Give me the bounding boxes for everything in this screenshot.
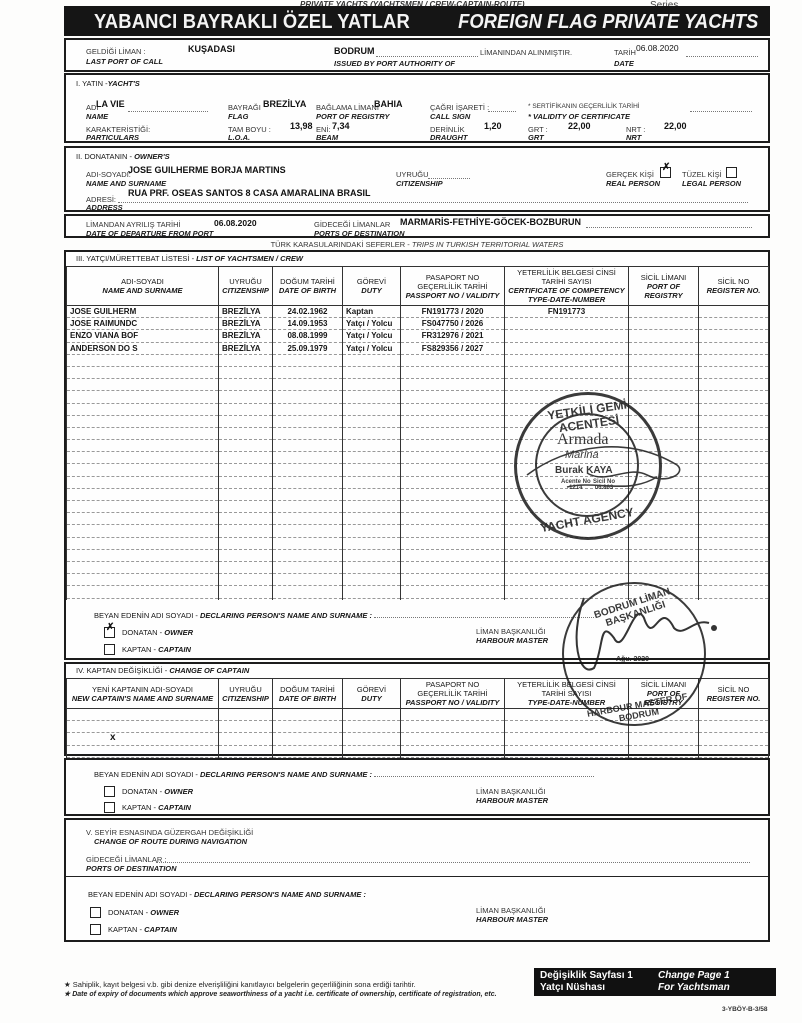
table-cell[interactable] [343,745,401,757]
table-cell[interactable] [219,745,273,757]
table-cell[interactable] [67,354,219,366]
table-cell[interactable]: BREZİLYA [219,330,273,342]
table-cell[interactable] [401,403,505,415]
table-cell[interactable] [343,537,401,549]
table-cell[interactable] [505,354,629,366]
table-cell[interactable] [343,391,401,403]
table-cell[interactable] [699,379,769,391]
table-cell[interactable] [699,440,769,452]
table-cell[interactable] [699,427,769,439]
table-cell[interactable] [67,476,219,488]
table-cell[interactable] [219,733,273,745]
table-cell[interactable] [401,476,505,488]
table-cell[interactable] [67,525,219,537]
table-cell[interactable] [401,354,505,366]
name-dots [128,103,208,112]
grt-label-en: GRT [528,133,544,142]
table-cell[interactable]: JOSE RAIMUNDC [67,318,219,330]
table-cell[interactable] [401,501,505,513]
table-cell[interactable] [67,537,219,549]
declaration-3-captain-label: KAPTAN - CAPTAIN [108,925,177,934]
table-cell[interactable] [273,586,343,598]
table-cell[interactable]: Yatçı / Yolcu [343,342,401,354]
owner-section: II. DONATANIN - OWNER'S ADI-SOYADI: JOSE… [64,146,770,212]
table-row [67,745,769,757]
table-row [67,513,769,525]
trips-caption: TÜRK KARASULARINDAKİ SEFERLER - TRIPS IN… [64,240,770,249]
footnote-english: ★ Date of expiry of documents which appr… [64,990,497,998]
table-cell[interactable] [219,549,273,561]
legal-person-label-en: LEGAL PERSON [682,179,741,188]
last-port-label-en: LAST PORT OF CALL [86,57,163,66]
citizenship-dots [428,170,470,179]
callsign-dots [488,103,516,112]
table-cell[interactable] [699,561,769,573]
table-cell[interactable] [505,379,629,391]
table-cell[interactable]: BREZİLYA [219,318,273,330]
table-cell[interactable] [343,476,401,488]
column-header: UYRUĞUCITIZENSHIP [219,267,273,306]
table-row: ANDERSON DO SBREZİLYA25.09.1979Yatçı / Y… [67,342,769,354]
harbour-master-label: LİMAN BAŞKANLIĞI [476,627,546,636]
harbour-master-label-2: LİMAN BAŞKANLIĞI [476,787,546,796]
declaration-2-owner-checkbox[interactable] [104,786,115,797]
table-cell[interactable] [67,427,219,439]
declaration-3-owner-checkbox[interactable] [90,907,101,918]
table-cell[interactable] [273,745,343,757]
table-cell[interactable]: Yatçı / Yolcu [343,318,401,330]
table-cell[interactable]: FN191773 [505,306,629,318]
table-cell[interactable] [343,586,401,598]
loa-value[interactable]: 13,98 [290,121,313,131]
table-cell[interactable] [219,586,273,598]
column-header: PASAPORT NO GEÇERLİLİK TARİHİPASSPORT NO… [401,267,505,306]
table-cell[interactable]: JOSE GUILHERM [67,306,219,318]
table-cell[interactable] [67,709,219,721]
table-cell[interactable]: FS829356 / 2027 [401,342,505,354]
nrt-value[interactable]: 22,00 [664,121,687,131]
table-cell[interactable] [629,379,699,391]
table-cell[interactable] [219,501,273,513]
table-cell[interactable] [699,709,769,721]
table-cell[interactable] [343,427,401,439]
declaration-3-captain-checkbox[interactable] [90,924,101,935]
declaring-person-label: BEYAN EDENİN ADI SOYADI - DECLARING PERS… [94,611,594,620]
table-cell[interactable] [629,342,699,354]
table-cell[interactable]: 08.08.1999 [273,330,343,342]
table-cell[interactable] [273,391,343,403]
table-cell[interactable] [629,330,699,342]
table-cell[interactable] [219,525,273,537]
table-cell[interactable] [401,745,505,757]
table-cell[interactable] [699,549,769,561]
table-cell[interactable] [401,415,505,427]
table-cell[interactable] [273,488,343,500]
destination-dots [586,221,752,228]
last-port-label: GELDİĞİ LİMAN : [86,47,146,56]
table-cell[interactable] [401,549,505,561]
citizenship-label-en: CITIZENSHIP [396,179,443,188]
table-cell[interactable] [629,745,699,757]
table-cell[interactable] [273,354,343,366]
table-cell[interactable] [343,525,401,537]
table-cell[interactable] [273,366,343,378]
table-cell[interactable] [343,379,401,391]
table-cell[interactable] [505,330,629,342]
column-header: DOĞUM TARİHİDATE OF BIRTH [273,267,343,306]
table-cell[interactable] [401,513,505,525]
table-cell[interactable] [401,440,505,452]
table-cell[interactable] [343,440,401,452]
table-cell[interactable] [401,452,505,464]
table-cell[interactable] [505,561,629,573]
flag-value[interactable]: BREZİLYA [263,99,306,109]
address-label-en: ADDRESS [86,203,123,212]
owner-name-label-en: NAME AND SURNAME [86,179,166,188]
table-cell[interactable] [67,403,219,415]
table-cell[interactable] [343,733,401,745]
table-cell[interactable] [219,561,273,573]
table-cell[interactable] [219,366,273,378]
table-row: JOSE RAIMUNDCBREZİLYA14.09.1953Yatçı / Y… [67,318,769,330]
table-cell[interactable] [273,733,343,745]
declaring-person-label-2: BEYAN EDENİN ADI SOYADI - DECLARING PERS… [94,770,594,779]
table-cell[interactable] [67,549,219,561]
table-cell[interactable] [67,561,219,573]
table-cell[interactable] [273,513,343,525]
table-cell[interactable] [273,415,343,427]
table-cell[interactable] [273,476,343,488]
table-cell[interactable] [67,745,219,757]
table-cell[interactable] [219,721,273,733]
harbour-master-stamp: BODRUM LİMAN BAŞKANLIĞI Ağu. 2020 HARBOU… [562,582,706,726]
table-cell[interactable] [67,488,219,500]
validity-label: * SERTİFİKANIN GEÇERLİLİK TARİHİ [528,103,640,110]
table-cell[interactable] [273,501,343,513]
table-cell[interactable] [273,427,343,439]
registry-label-en: PORT OF REGISTRY [316,112,389,121]
declaration-1-owner-checkbox[interactable] [104,627,115,638]
table-cell[interactable] [343,403,401,415]
table-row [67,379,769,391]
table-cell[interactable] [401,709,505,721]
table-cell[interactable] [67,501,219,513]
column-header: DOĞUM TARİHİDATE OF BIRTH [273,679,343,709]
callsign-label-en: CALL SIGN [430,112,470,121]
table-cell[interactable] [273,464,343,476]
table-cell[interactable] [343,561,401,573]
draught-label-en: DRAUGHT [430,133,468,142]
table-row [67,366,769,378]
issued-label-en: ISSUED BY PORT AUTHORITY OF [334,59,455,68]
table-cell[interactable] [67,721,219,733]
table-cell[interactable] [699,488,769,500]
table-cell[interactable] [699,391,769,403]
table-cell[interactable] [343,354,401,366]
table-cell[interactable] [505,366,629,378]
table-cell[interactable] [699,342,769,354]
table-cell[interactable] [219,391,273,403]
table-cell[interactable] [67,733,219,745]
table-cell[interactable] [219,379,273,391]
table-cell[interactable]: 14.09.1953 [273,318,343,330]
table-cell[interactable]: Kaptan [343,306,401,318]
table-cell[interactable] [219,574,273,586]
table-cell[interactable] [67,391,219,403]
citizenship-label: UYRUĞU [396,170,429,179]
table-cell[interactable] [401,561,505,573]
table-cell[interactable] [343,488,401,500]
table-cell[interactable] [273,549,343,561]
table-cell[interactable] [629,306,699,318]
table-cell[interactable] [699,306,769,318]
crew-section-title: III. YATÇI/MÜRETTEBAT LİSTESİ - LIST OF … [76,254,303,263]
table-cell[interactable] [699,721,769,733]
table-cell[interactable] [343,415,401,427]
table-cell[interactable] [343,709,401,721]
table-cell[interactable] [699,733,769,745]
table-cell[interactable] [273,525,343,537]
table-cell[interactable] [505,549,629,561]
real-person-label-en: REAL PERSON [606,179,660,188]
table-cell[interactable] [273,403,343,415]
table-cell[interactable] [629,354,699,366]
table-cell[interactable] [629,561,699,573]
table-cell[interactable] [505,733,629,745]
real-person-checkbox[interactable] [660,167,671,178]
declaration-2-captain-checkbox[interactable] [104,802,115,813]
table-cell[interactable]: 24.02.1962 [273,306,343,318]
table-cell[interactable] [629,525,699,537]
table-cell[interactable] [401,733,505,745]
table-cell[interactable] [505,318,629,330]
column-header: SİCİL NOREGISTER NO. [699,267,769,306]
table-cell[interactable] [401,721,505,733]
owner-name-value[interactable]: JOSE GUILHERME BORJA MARTINS [128,165,286,175]
table-cell[interactable]: FN191773 / 2020 [401,306,505,318]
table-cell[interactable] [699,366,769,378]
table-cell[interactable] [219,488,273,500]
table-cell[interactable]: BREZİLYA [219,306,273,318]
declaration-1-owner-label: DONATAN - OWNER [122,628,193,637]
table-cell[interactable] [67,366,219,378]
table-cell[interactable] [273,709,343,721]
validity-dots [690,103,752,112]
captain-change-mark: x [110,732,116,743]
issued-label: LİMANINDAN ALINMIŞTIR. [480,48,572,57]
table-cell[interactable] [699,513,769,525]
table-cell[interactable] [273,574,343,586]
last-port-value[interactable]: KUŞADASI [188,44,235,54]
table-row [67,391,769,403]
agency-signature-icon [507,425,697,505]
particulars-label-en: PARTICULARS [86,133,139,142]
departure-date-value[interactable]: 06.08.2020 [214,218,257,228]
owner-section-title: II. DONATANIN - OWNER'S [76,152,170,161]
table-cell[interactable] [699,464,769,476]
table-cell[interactable] [219,452,273,464]
destination-label: GİDECEĞİ LİMANLAR [314,220,390,229]
route-change-title-en: CHANGE OF ROUTE DURING NAVIGATION [94,837,247,846]
table-cell[interactable] [699,330,769,342]
table-cell[interactable] [629,733,699,745]
table-cell[interactable] [273,379,343,391]
table-cell[interactable] [343,513,401,525]
table-cell[interactable] [699,452,769,464]
table-cell[interactable] [401,464,505,476]
table-cell[interactable]: FS047750 / 2026 [401,318,505,330]
table-cell[interactable] [67,586,219,598]
table-cell[interactable] [67,574,219,586]
yacht-section: I. YATIN -YACHT'S ADI LA VIE NAME BAYRAĞ… [64,73,770,143]
table-cell[interactable] [505,342,629,354]
table-cell[interactable] [219,464,273,476]
table-cell[interactable]: ENZO VIANA BOF [67,330,219,342]
date-value[interactable]: 06.08.2020 [636,43,679,53]
declaration-1-captain-label: KAPTAN - CAPTAIN [122,645,191,654]
table-cell[interactable] [505,537,629,549]
table-cell[interactable] [219,427,273,439]
table-cell[interactable] [699,745,769,757]
declaration-2-section: BEYAN EDENİN ADI SOYADI - DECLARING PERS… [64,758,770,816]
date-label-en: DATE [614,59,634,68]
table-cell[interactable] [401,391,505,403]
departure-date-label: LİMANDAN AYRILIŞ TARİHİ [86,220,181,229]
table-cell[interactable] [699,537,769,549]
yacht-name-value[interactable]: LA VIE [96,99,125,109]
table-cell[interactable] [401,586,505,598]
table-cell[interactable] [699,354,769,366]
table-cell[interactable] [273,537,343,549]
table-cell[interactable] [219,415,273,427]
table-cell[interactable] [67,464,219,476]
table-cell[interactable]: FR312976 / 2021 [401,330,505,342]
table-cell[interactable] [699,318,769,330]
table-cell[interactable] [67,379,219,391]
table-cell[interactable] [67,440,219,452]
date-dots [686,48,758,57]
declaration-1-captain-checkbox[interactable] [104,644,115,655]
table-cell[interactable]: Yatçı / Yolcu [343,330,401,342]
yacht-section-title: I. YATIN -YACHT'S [76,79,140,88]
table-cell[interactable] [401,379,505,391]
table-cell[interactable] [219,513,273,525]
table-cell[interactable] [219,403,273,415]
column-header: GÖREVİDUTY [343,267,401,306]
title-english: FOREIGN FLAG PRIVATE YACHTS [458,11,758,34]
registry-value[interactable]: BAHIA [374,99,403,109]
issued-by-value[interactable]: BODRUM [334,46,375,56]
table-cell[interactable] [343,501,401,513]
table-row [67,549,769,561]
table-cell[interactable] [629,549,699,561]
table-cell[interactable] [401,427,505,439]
table-cell[interactable] [273,561,343,573]
table-row [67,733,769,745]
table-cell[interactable] [343,464,401,476]
draught-value[interactable]: 1,20 [484,121,502,131]
address-dots [118,196,748,203]
column-header: UYRUĞUCITIZENSHIP [219,679,273,709]
table-cell[interactable] [699,415,769,427]
date-label: TARİH [614,48,636,57]
harbour-master-label-3-en: HARBOUR MASTER [476,915,548,924]
nrt-label-en: NRT [626,133,641,142]
table-row [67,537,769,549]
declaring-person-label-3: BEYAN EDENİN ADI SOYADI - DECLARING PERS… [88,890,366,899]
table-row: ENZO VIANA BOFBREZİLYA08.08.1999Yatçı / … [67,330,769,342]
table-cell[interactable]: 25.09.1979 [273,342,343,354]
table-cell[interactable] [343,721,401,733]
table-cell[interactable] [629,537,699,549]
issued-dots [376,48,478,57]
table-cell[interactable] [699,501,769,513]
table-cell[interactable] [401,488,505,500]
table-cell[interactable] [505,745,629,757]
table-cell[interactable] [401,525,505,537]
table-cell[interactable] [67,415,219,427]
table-row [67,721,769,733]
table-cell[interactable] [219,476,273,488]
harbour-master-label-en: HARBOUR MASTER [476,636,548,645]
table-cell[interactable] [219,354,273,366]
table-row [67,525,769,537]
table-cell[interactable] [401,366,505,378]
table-cell[interactable] [629,366,699,378]
table-cell[interactable] [401,537,505,549]
table-cell[interactable] [343,452,401,464]
legal-person-checkbox[interactable] [726,167,737,178]
destination-value[interactable]: MARMARİS-FETHİYE-GÖCEK-BOZBURUN [400,217,581,227]
beam-value[interactable]: 7,34 [332,121,350,131]
table-cell[interactable]: BREZİLYA [219,342,273,354]
flag-label: BAYRAĞI [228,103,261,112]
table-cell[interactable] [67,513,219,525]
declaration-2-captain-label: KAPTAN - CAPTAIN [122,803,191,812]
harbour-master-label-2-en: HARBOUR MASTER [476,796,548,805]
port-info-section: GELDİĞİ LİMAN : LAST PORT OF CALL KUŞADA… [64,38,770,72]
table-cell[interactable] [401,574,505,586]
table-cell[interactable] [219,537,273,549]
table-cell[interactable] [699,403,769,415]
title-turkish: YABANCI BAYRAKLI ÖZEL YATLAR [94,11,410,34]
change-page-tr-box: Değişiklik Sayfası 1Yatçı Nüshası [534,968,656,996]
route-dest-field[interactable] [156,856,750,863]
table-cell[interactable] [273,721,343,733]
table-cell[interactable] [629,318,699,330]
table-cell[interactable] [343,574,401,586]
name-label-en: NAME [86,112,108,121]
table-cell[interactable] [699,525,769,537]
table-cell[interactable] [699,476,769,488]
table-cell[interactable]: ANDERSON DO S [67,342,219,354]
registry-label: BAĞLAMA LİMANI [316,103,379,112]
callsign-label: ÇAĞRI İŞARETİ : [430,103,489,112]
table-cell[interactable] [219,709,273,721]
table-cell[interactable] [343,366,401,378]
table-cell[interactable] [67,452,219,464]
column-header: YENİ KAPTANIN ADI-SOYADINEW CAPTAIN'S NA… [67,679,219,709]
declaration-3-owner-label: DONATAN - OWNER [108,908,179,917]
grt-value[interactable]: 22,00 [568,121,591,131]
table-cell[interactable] [219,440,273,452]
flag-label-en: FLAG [228,112,248,121]
table-cell[interactable] [273,452,343,464]
captain-change-title: IV. KAPTAN DEĞİŞİKLİĞİ - CHANGE OF CAPTA… [76,666,249,675]
table-cell[interactable] [273,440,343,452]
table-cell[interactable] [343,549,401,561]
agency-stamp: YETKİLİ GEMİ ACENTESİ Armada Marina Bura… [514,392,662,540]
